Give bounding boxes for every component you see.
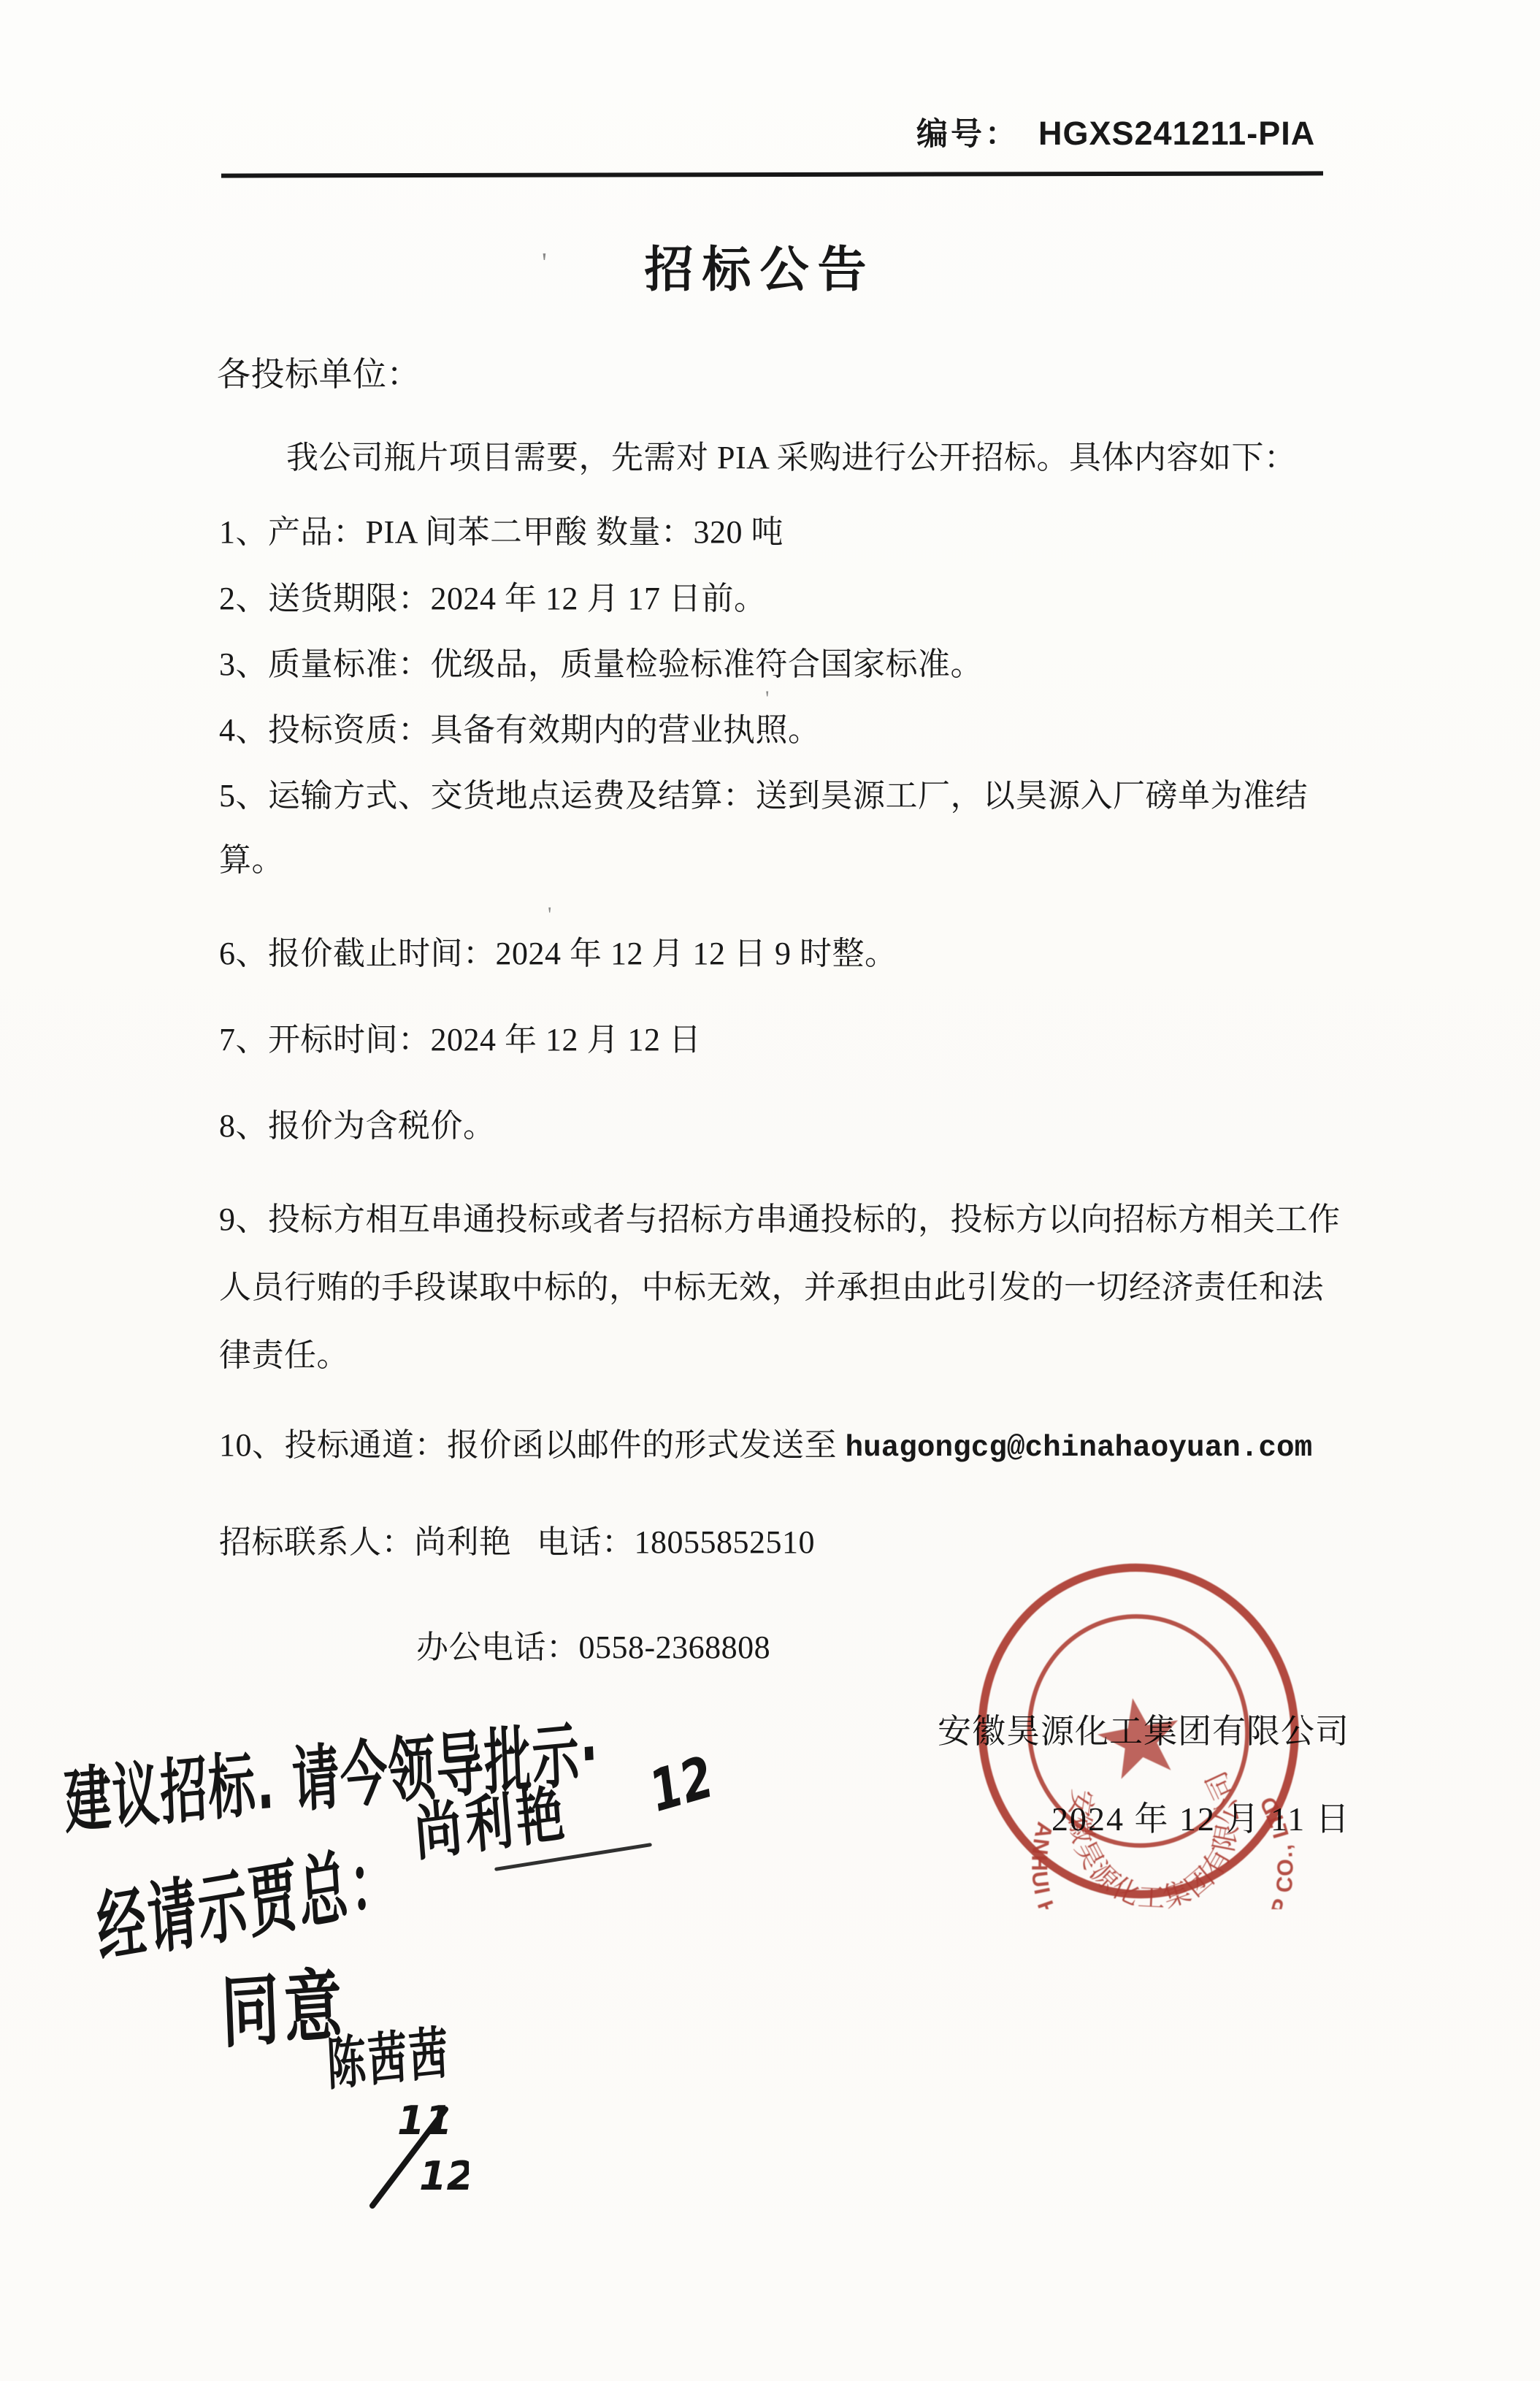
body-line-item5-wrap: 算。 <box>219 838 284 883</box>
office-phone-line: 办公电话：0558-2368808 <box>416 1625 770 1670</box>
body-line-item4: 4、投标资质：具备有效期内的营业执照。 <box>219 708 821 753</box>
body-line-item3: 3、质量标准：优级品，质量检验标准符合国家标准。 <box>219 642 983 687</box>
doc-number-row: 编号： HGXS241211-PIA <box>916 110 1315 154</box>
scan-speck: ' <box>542 247 547 279</box>
header-rule <box>221 171 1323 177</box>
bid-email-address: huagongcg@chinahaoyuan.com <box>846 1432 1313 1465</box>
body-line-item9-wrap2: 律责任。 <box>219 1333 349 1378</box>
body-line-item9: 9、投标方相互串通投标或者与招标方串通投标的，投标方以向招标方相关工作 <box>219 1197 1341 1242</box>
handwritten-signature-chen: 陈茜茜 <box>325 2008 451 2101</box>
scan-speck: ' <box>548 903 551 928</box>
fraction-numerator: 11 <box>397 2098 452 2144</box>
scanned-tender-announcement-page: 编号： HGXS241211-PIA 招标公告 ' ' ' 各投标单位： 我公司… <box>0 0 1540 2381</box>
page-title: 招标公告 <box>0 231 1530 301</box>
item10-text: 10、投标通道：报价函以邮件的形式发送至 <box>219 1427 846 1463</box>
handwritten-date-fraction: 11 12 <box>359 2096 469 2220</box>
body-line-item1: 1、产品：PIA 间苯二甲酸 数量：320 吨 <box>219 510 784 555</box>
body-line-item5: 5、运输方式、交货地点运费及结算：送到昊源工厂，以昊源入厂磅单为准结 <box>219 773 1308 819</box>
contact-line: 招标联系人：尚利艳 电话：18055852510 <box>219 1520 815 1565</box>
fraction-denominator: 12 <box>419 2153 469 2199</box>
body-line-item2: 2、送货期限：2024 年 12 月 17 日前。 <box>219 576 767 622</box>
body-line-item8: 8、报价为含税价。 <box>219 1104 496 1149</box>
doc-number-label: 编号： <box>916 110 1019 154</box>
intro-line: 我公司瓶片项目需要，先需对 PIA 采购进行公开招标。具体内容如下： <box>286 435 1296 481</box>
company-seal-stamp: ANHUI HAOYUAN CHEMICAL GROUP CO., LTD 安徽… <box>968 1553 1309 1909</box>
body-line-item7: 7、开标时间：2024 年 12 月 12 日 <box>219 1017 702 1063</box>
handwritten-date-mark: 12 <box>643 1745 721 1826</box>
body-line-item6: 6、报价截止时间：2024 年 12 月 12 日 9 时整。 <box>219 931 897 977</box>
doc-number-value: HGXS241211-PIA <box>1038 115 1315 153</box>
body-line-item9-wrap1: 人员行贿的手段谋取中标的，中标无效，并承担由此引发的一切经济责任和法 <box>219 1265 1324 1310</box>
salutation-line: 各投标单位： <box>217 352 421 397</box>
seal-star-icon <box>1092 1691 1187 1781</box>
body-line-item10: 10、投标通道：报价函以邮件的形式发送至 huagongcg@chinahaoy… <box>219 1423 1312 1471</box>
